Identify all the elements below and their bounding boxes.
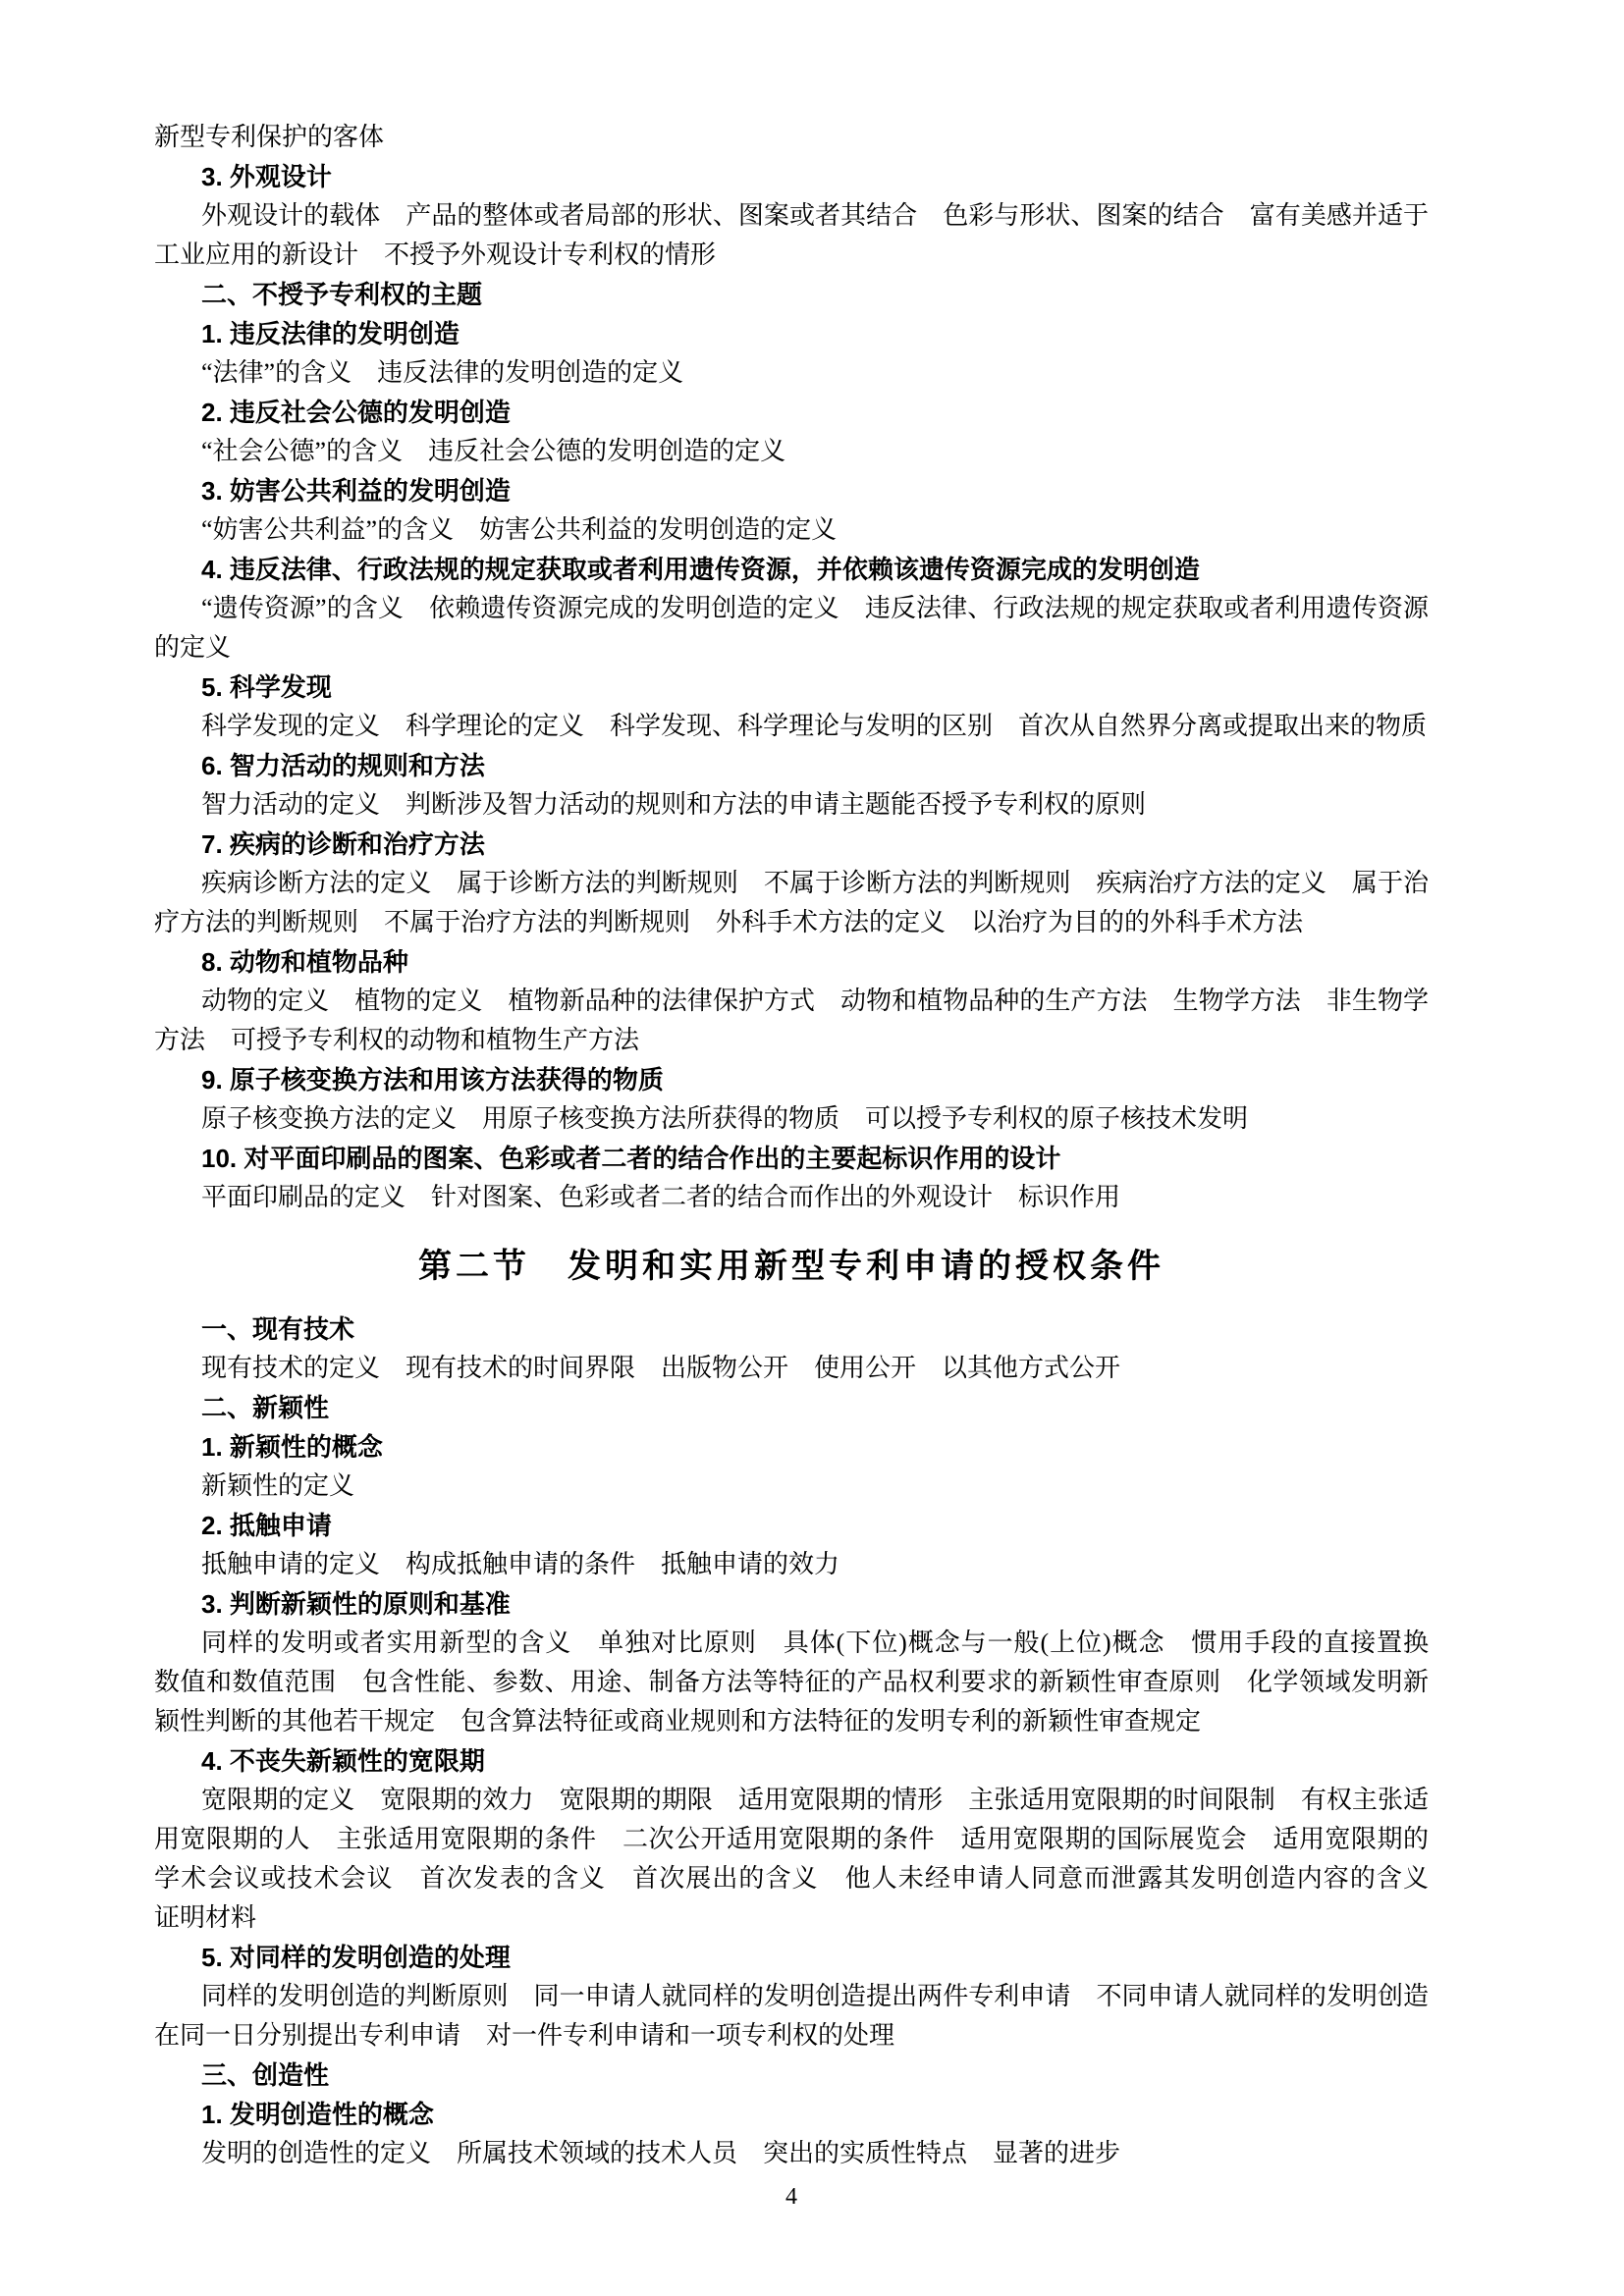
outline-numbered-heading: 10. 对平面印刷品的图案、色彩或者二者的结合作出的主要起标识作用的设计 <box>154 1139 1429 1178</box>
page-number: 4 <box>154 2181 1429 2213</box>
outline-body-continuation: 新型专利保护的客体 <box>154 118 1429 157</box>
outline-body-paragraph: 同样的发明创造的判断原则 同一申请人就同样的发明创造提出两件专利申请 不同申请人… <box>154 1977 1429 2056</box>
outline-body-paragraph: “遗传资源”的含义 依赖遗传资源完成的发明创造的定义 违反法律、行政法规的规定获… <box>154 589 1429 667</box>
outline-body-paragraph: 同样的发明或者实用新型的含义 单独对比原则 具体(下位)概念与一般(上位)概念 … <box>154 1624 1429 1741</box>
outline-numbered-heading: 8. 动物和植物品种 <box>154 942 1429 982</box>
outline-chapter-heading: 二、新颖性 <box>154 1388 1429 1427</box>
outline-body-paragraph: 智力活动的定义 判断涉及智力活动的规则和方法的申请主题能否授予专利权的原则 <box>154 785 1429 825</box>
outline-numbered-heading: 1. 发明创造性的概念 <box>154 2095 1429 2134</box>
outline-body-paragraph: 原子核变换方法的定义 用原子核变换方法所获得的物质 可以授予专利权的原子核技术发… <box>154 1099 1429 1139</box>
document-page: 新型专利保护的客体3. 外观设计外观设计的载体 产品的整体或者局部的形状、图案或… <box>0 0 1624 2296</box>
outline-body-paragraph: 动物的定义 植物的定义 植物新品种的法律保护方式 动物和植物品种的生产方法 生物… <box>154 982 1429 1060</box>
outline-numbered-heading: 5. 对同样的发明创造的处理 <box>154 1938 1429 1977</box>
outline-numbered-heading: 3. 判断新颖性的原则和基准 <box>154 1584 1429 1624</box>
outline-body-paragraph: “妨害公共利益”的含义 妨害公共利益的发明创造的定义 <box>154 510 1429 550</box>
outline-numbered-heading: 1. 新颖性的概念 <box>154 1427 1429 1467</box>
outline-chapter-heading: 一、现有技术 <box>154 1309 1429 1349</box>
outline-numbered-heading: 7. 疾病的诊断和治疗方法 <box>154 825 1429 864</box>
outline-body-paragraph: 抵触申请的定义 构成抵触申请的条件 抵触申请的效力 <box>154 1545 1429 1584</box>
outline-body-paragraph: 宽限期的定义 宽限期的效力 宽限期的期限 适用宽限期的情形 主张适用宽限期的时间… <box>154 1781 1429 1938</box>
outline-numbered-heading: 4. 不丧失新颖性的宽限期 <box>154 1741 1429 1781</box>
outline-numbered-heading: 4. 违反法律、行政法规的规定获取或者利用遗传资源，并依赖该遗传资源完成的发明创… <box>154 550 1429 589</box>
outline-body-paragraph: “社会公德”的含义 违反社会公德的发明创造的定义 <box>154 432 1429 471</box>
outline-body-paragraph: “法律”的含义 违反法律的发明创造的定义 <box>154 353 1429 393</box>
outline-numbered-heading: 2. 违反社会公德的发明创造 <box>154 393 1429 432</box>
outline-body-paragraph: 科学发现的定义 科学理论的定义 科学发现、科学理论与发明的区别 首次从自然界分离… <box>154 707 1429 746</box>
outline-numbered-heading: 9. 原子核变换方法和用该方法获得的物质 <box>154 1060 1429 1099</box>
outline-body-paragraph: 外观设计的载体 产品的整体或者局部的形状、图案或者其结合 色彩与形状、图案的结合… <box>154 196 1429 275</box>
outline-numbered-heading: 3. 外观设计 <box>154 157 1429 196</box>
outline-numbered-heading: 2. 抵触申请 <box>154 1506 1429 1545</box>
outline-body-paragraph: 现有技术的定义 现有技术的时间界限 出版物公开 使用公开 以其他方式公开 <box>154 1349 1429 1388</box>
outline-body-paragraph: 疾病诊断方法的定义 属于诊断方法的判断规则 不属于诊断方法的判断规则 疾病治疗方… <box>154 864 1429 942</box>
outline-body-paragraph: 平面印刷品的定义 针对图案、色彩或者二者的结合而作出的外观设计 标识作用 <box>154 1178 1429 1217</box>
outline-numbered-heading: 3. 妨害公共利益的发明创造 <box>154 471 1429 510</box>
outline-numbered-heading: 5. 科学发现 <box>154 667 1429 707</box>
outline-body-paragraph: 新颖性的定义 <box>154 1467 1429 1506</box>
outline-body-paragraph: 发明的创造性的定义 所属技术领域的技术人员 突出的实质性特点 显著的进步 <box>154 2134 1429 2173</box>
outline-chapter-heading: 三、创造性 <box>154 2056 1429 2095</box>
outline-chapter-heading: 二、不授予专利权的主题 <box>154 275 1429 314</box>
section-title: 第二节 发明和实用新型专利申请的授权条件 <box>154 1243 1429 1290</box>
outline-numbered-heading: 1. 违反法律的发明创造 <box>154 314 1429 353</box>
outline-numbered-heading: 6. 智力活动的规则和方法 <box>154 746 1429 785</box>
page-content: 新型专利保护的客体3. 外观设计外观设计的载体 产品的整体或者局部的形状、图案或… <box>154 118 1429 2173</box>
